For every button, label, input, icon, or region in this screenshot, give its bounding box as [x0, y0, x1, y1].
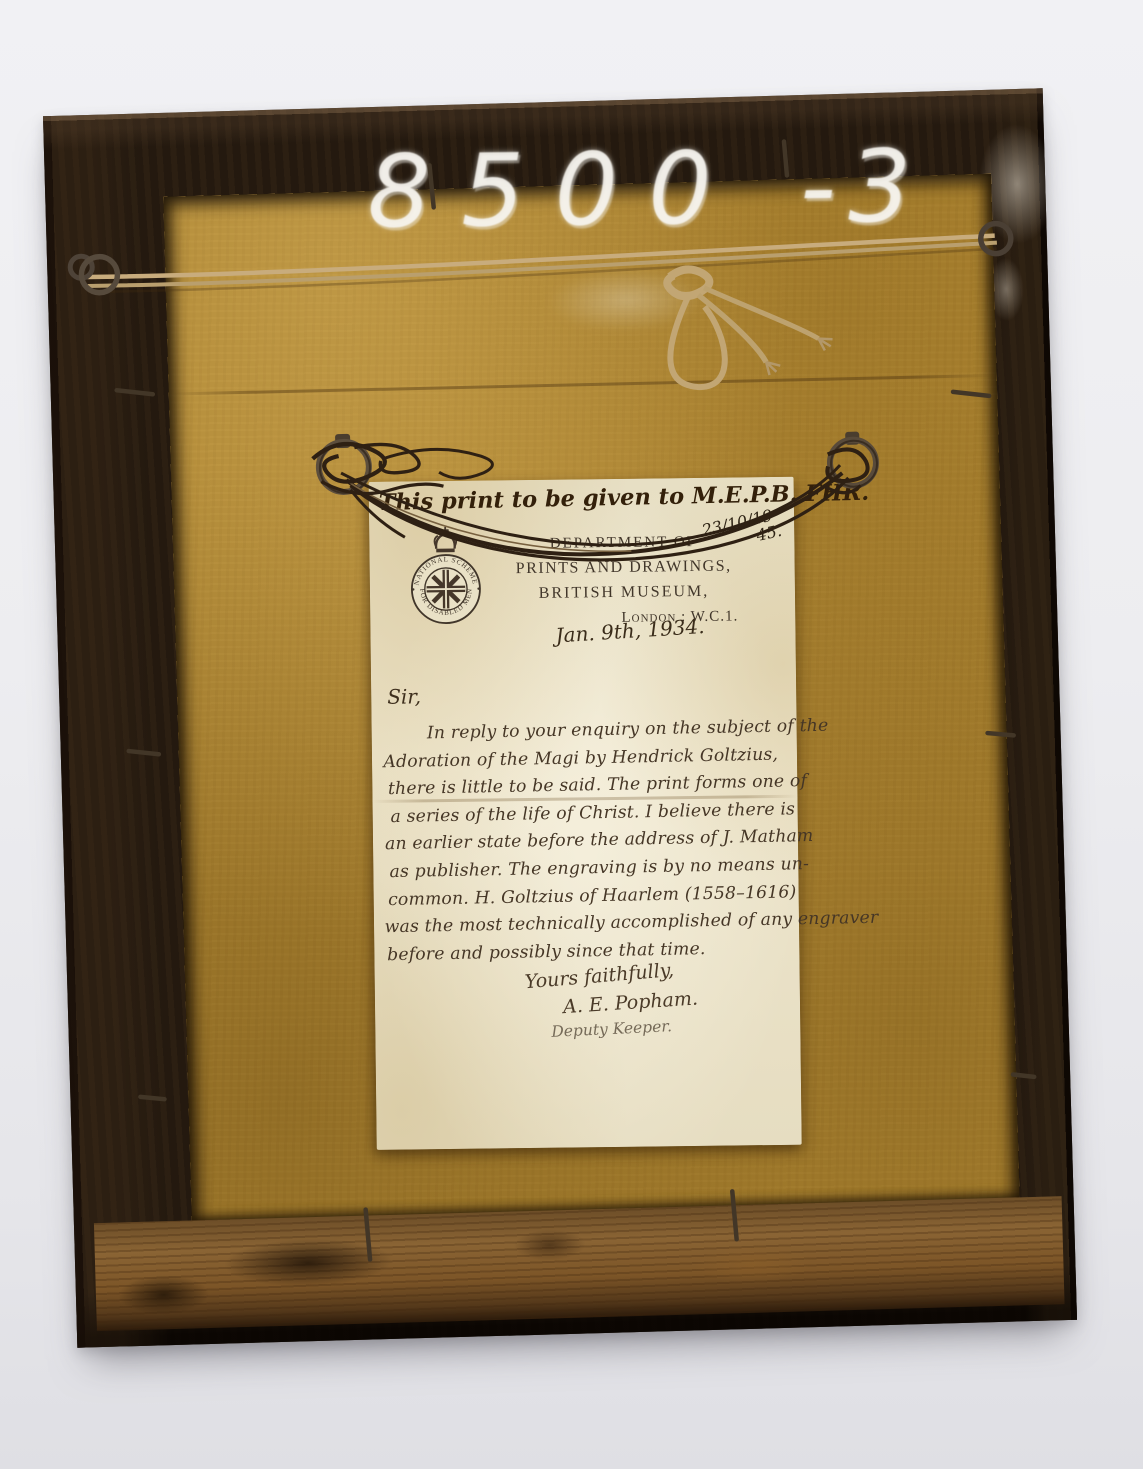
signer-title: Deputy Keeper.	[551, 1017, 672, 1041]
photo-of-frame-back: 8500-3	[0, 0, 1143, 1469]
letterhead: DEPARTMENT OF PRINTS AND DRAWINGS, BRITI…	[509, 533, 738, 628]
badge-crown-icon	[434, 527, 456, 552]
nail	[140, 1096, 164, 1100]
date-note-line2: 45.	[755, 522, 784, 546]
letterhead-line2: PRINTS AND DRAWINGS,	[510, 557, 738, 578]
museum-letter-document: This print to be given to M.E.P.B. FHR. …	[369, 477, 802, 1150]
frame-ring-left	[70, 255, 118, 293]
letterhead-line3: BRITISH MUSEUM,	[510, 582, 738, 603]
nail	[1013, 1074, 1034, 1078]
salutation: Sir,	[387, 684, 421, 708]
nail	[129, 750, 159, 755]
national-scheme-badge-icon: NATIONAL SCHEME FOR DISABLED MEN	[397, 520, 494, 635]
signature: A. E. Popham.	[562, 987, 698, 1018]
chalk-smudge	[545, 266, 707, 334]
chalk-inscription: 8500-3	[367, 137, 924, 243]
chalk-number: 8500	[367, 129, 743, 250]
letter-body: In reply to your enquiry on the subject …	[381, 713, 800, 969]
letterhead-line1: DEPARTMENT OF	[509, 533, 737, 553]
nail	[117, 389, 153, 395]
chalk-suffix: -3	[799, 128, 924, 246]
picture-frame-back: 8500-3	[43, 88, 1077, 1347]
